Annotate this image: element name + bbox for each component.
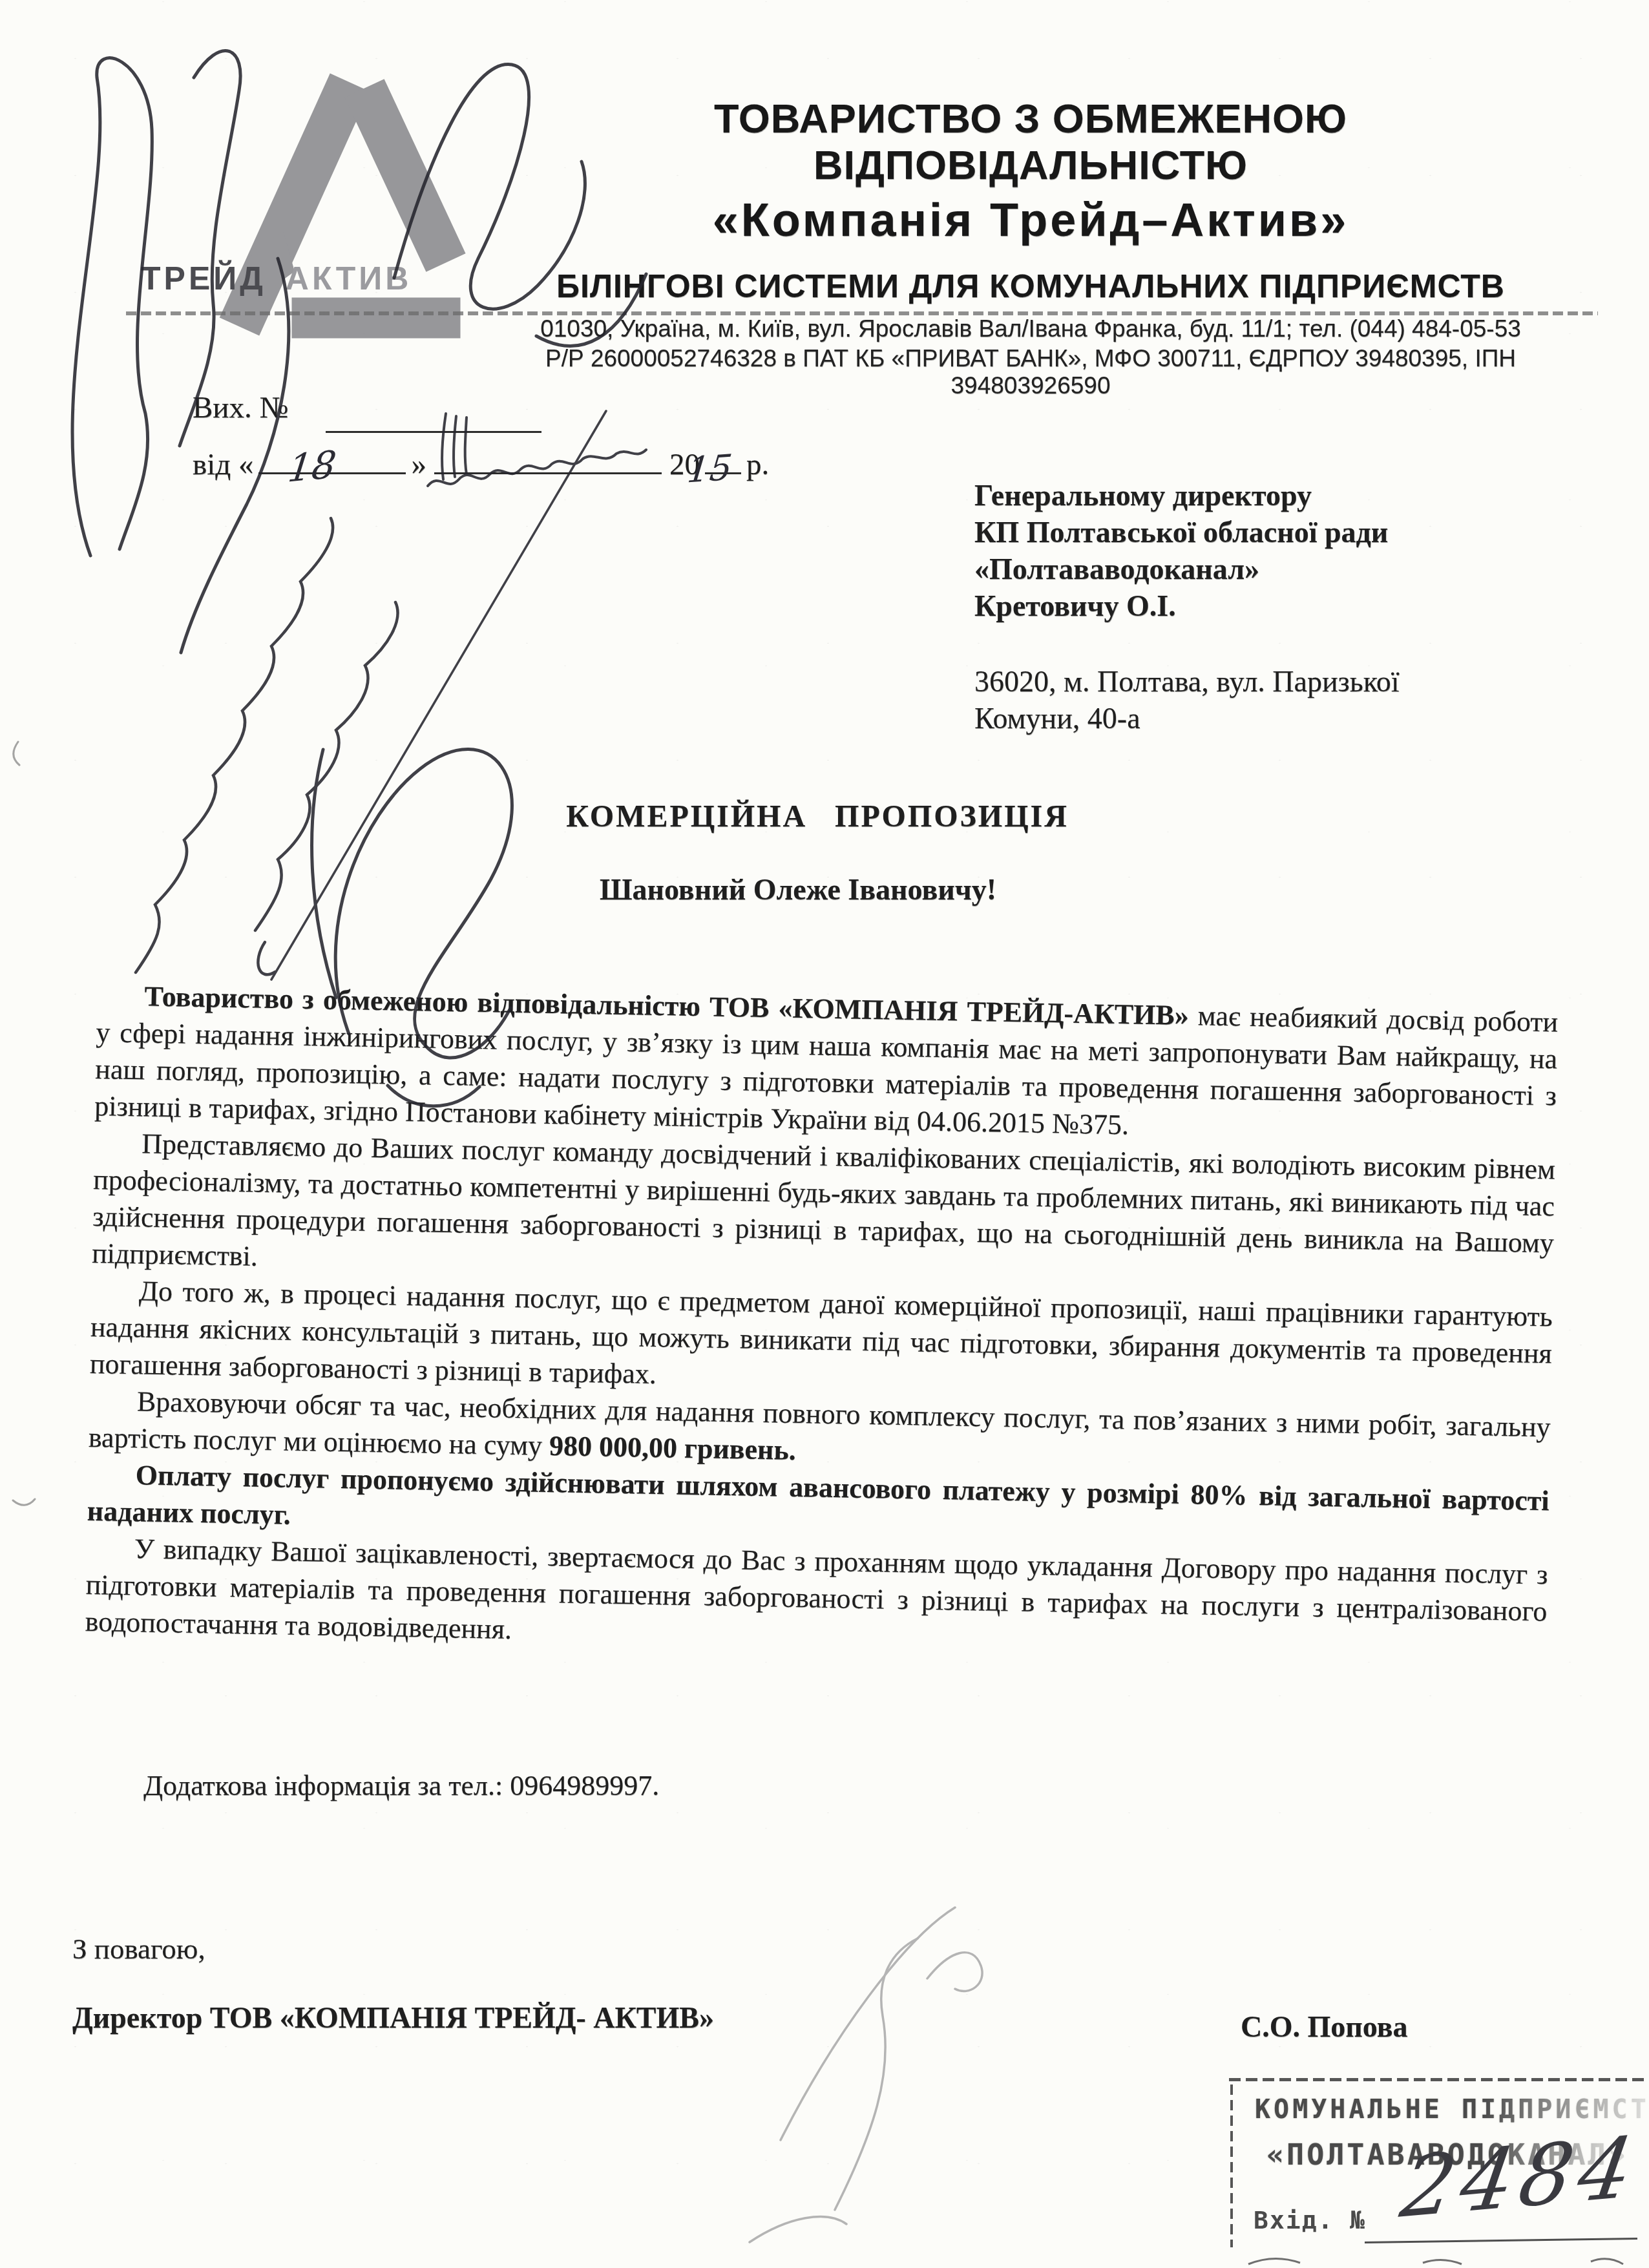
header-tagline: БІЛІНГОВІ СИСТЕМИ ДЛЯ КОМУНАЛЬНИХ ПІДПРИ… [501, 268, 1560, 305]
outgoing-number-label: Вих. № [193, 390, 288, 425]
body-paragraph: Представляємо до Ваших послуг команду до… [92, 1124, 1556, 1298]
date-prefix: від « [193, 447, 253, 482]
outgoing-number-line: Вих. № [193, 390, 541, 425]
recipient-line-2: КП Полтавської обласної ради [974, 514, 1400, 551]
logo-right-band [364, 89, 446, 263]
header-address-line: 01030, Україна, м. Київ, вул. Ярославів … [501, 315, 1560, 342]
recipient-line-4: Кретовичу О.І. [974, 587, 1400, 624]
header-bank-line: Р/Р 26000052746328 в ПАТ КБ «ПРИВАТ БАНК… [501, 345, 1560, 399]
outgoing-number-blank [326, 423, 541, 433]
scanned-letter-page: ТРЕЙД АКТИВ ТОВАРИСТВО З ОБМЕЖЕНОЮ ВІДПО… [0, 0, 1649, 2268]
recipient-line-3: «Полтававодоканал» [974, 551, 1400, 587]
signatory-title: Директор ТОВ «КОМПАНІЯ ТРЕЙД- АКТИВ» [72, 2000, 714, 2035]
date-close-quote: » [411, 447, 426, 482]
stamp-cutoff-row-artifact [1229, 2078, 1649, 2268]
body-paragraph: Товариство з обмеженою відповідальністю … [94, 977, 1559, 1151]
handwritten-day: 18 [286, 442, 339, 490]
header-company-type: ТОВАРИСТВО З ОБМЕЖЕНОЮ ВІДПОВІДАЛЬНІСТЮ [501, 96, 1560, 189]
letterhead: ТОВАРИСТВО З ОБМЕЖЕНОЮ ВІДПОВІДАЛЬНІСТЮ … [501, 96, 1560, 399]
recipient-address-1: 36020, м. Полтава, вул. Паризької [974, 663, 1400, 700]
recipient-address-2: Комуни, 40-а [974, 700, 1400, 737]
document-title: КОМЕРЦІЙНА ПРОПОЗИЦІЯ [0, 799, 1635, 834]
date-line: від « » 20 р. [193, 447, 769, 482]
closing-line: З повагою, [72, 1932, 205, 1966]
recipient-line-1: Генеральному директору [974, 477, 1400, 514]
logo-word-aktiv: АКТИВ [286, 260, 412, 297]
logo-wordmark: ТРЕЙД АКТИВ [141, 260, 503, 297]
scan-edge-artifacts [13, 742, 35, 1505]
logo-word-treid: ТРЕЙД [141, 260, 266, 297]
date-month-blank [434, 465, 662, 474]
extra-info-line: Додаткова інформація за тел.: 0964989997… [143, 1769, 659, 1802]
pencil-signature [750, 1907, 982, 2242]
header-divider [126, 311, 1598, 315]
header-company-name: «Компанія Трейд–Актив» [501, 194, 1560, 247]
incoming-stamp: КОМУНАЛЬНЕ ПІДПРИЄМСТВ «ПОЛТАВАВОДОКАНАЛ… [1229, 2078, 1649, 2268]
company-logo-icon [184, 61, 475, 365]
handwritten-year: 15 [686, 446, 734, 490]
date-year-suffix: р. [746, 447, 769, 482]
recipient-block: Генеральному директору КП Полтавської об… [974, 477, 1400, 737]
body-block: Товариство з обмеженою відповідальністю … [85, 977, 1558, 1666]
signatory-name: С.О. Попова [1241, 2010, 1407, 2044]
salutation: Шановний Олеже Івановичу! [0, 872, 1596, 907]
